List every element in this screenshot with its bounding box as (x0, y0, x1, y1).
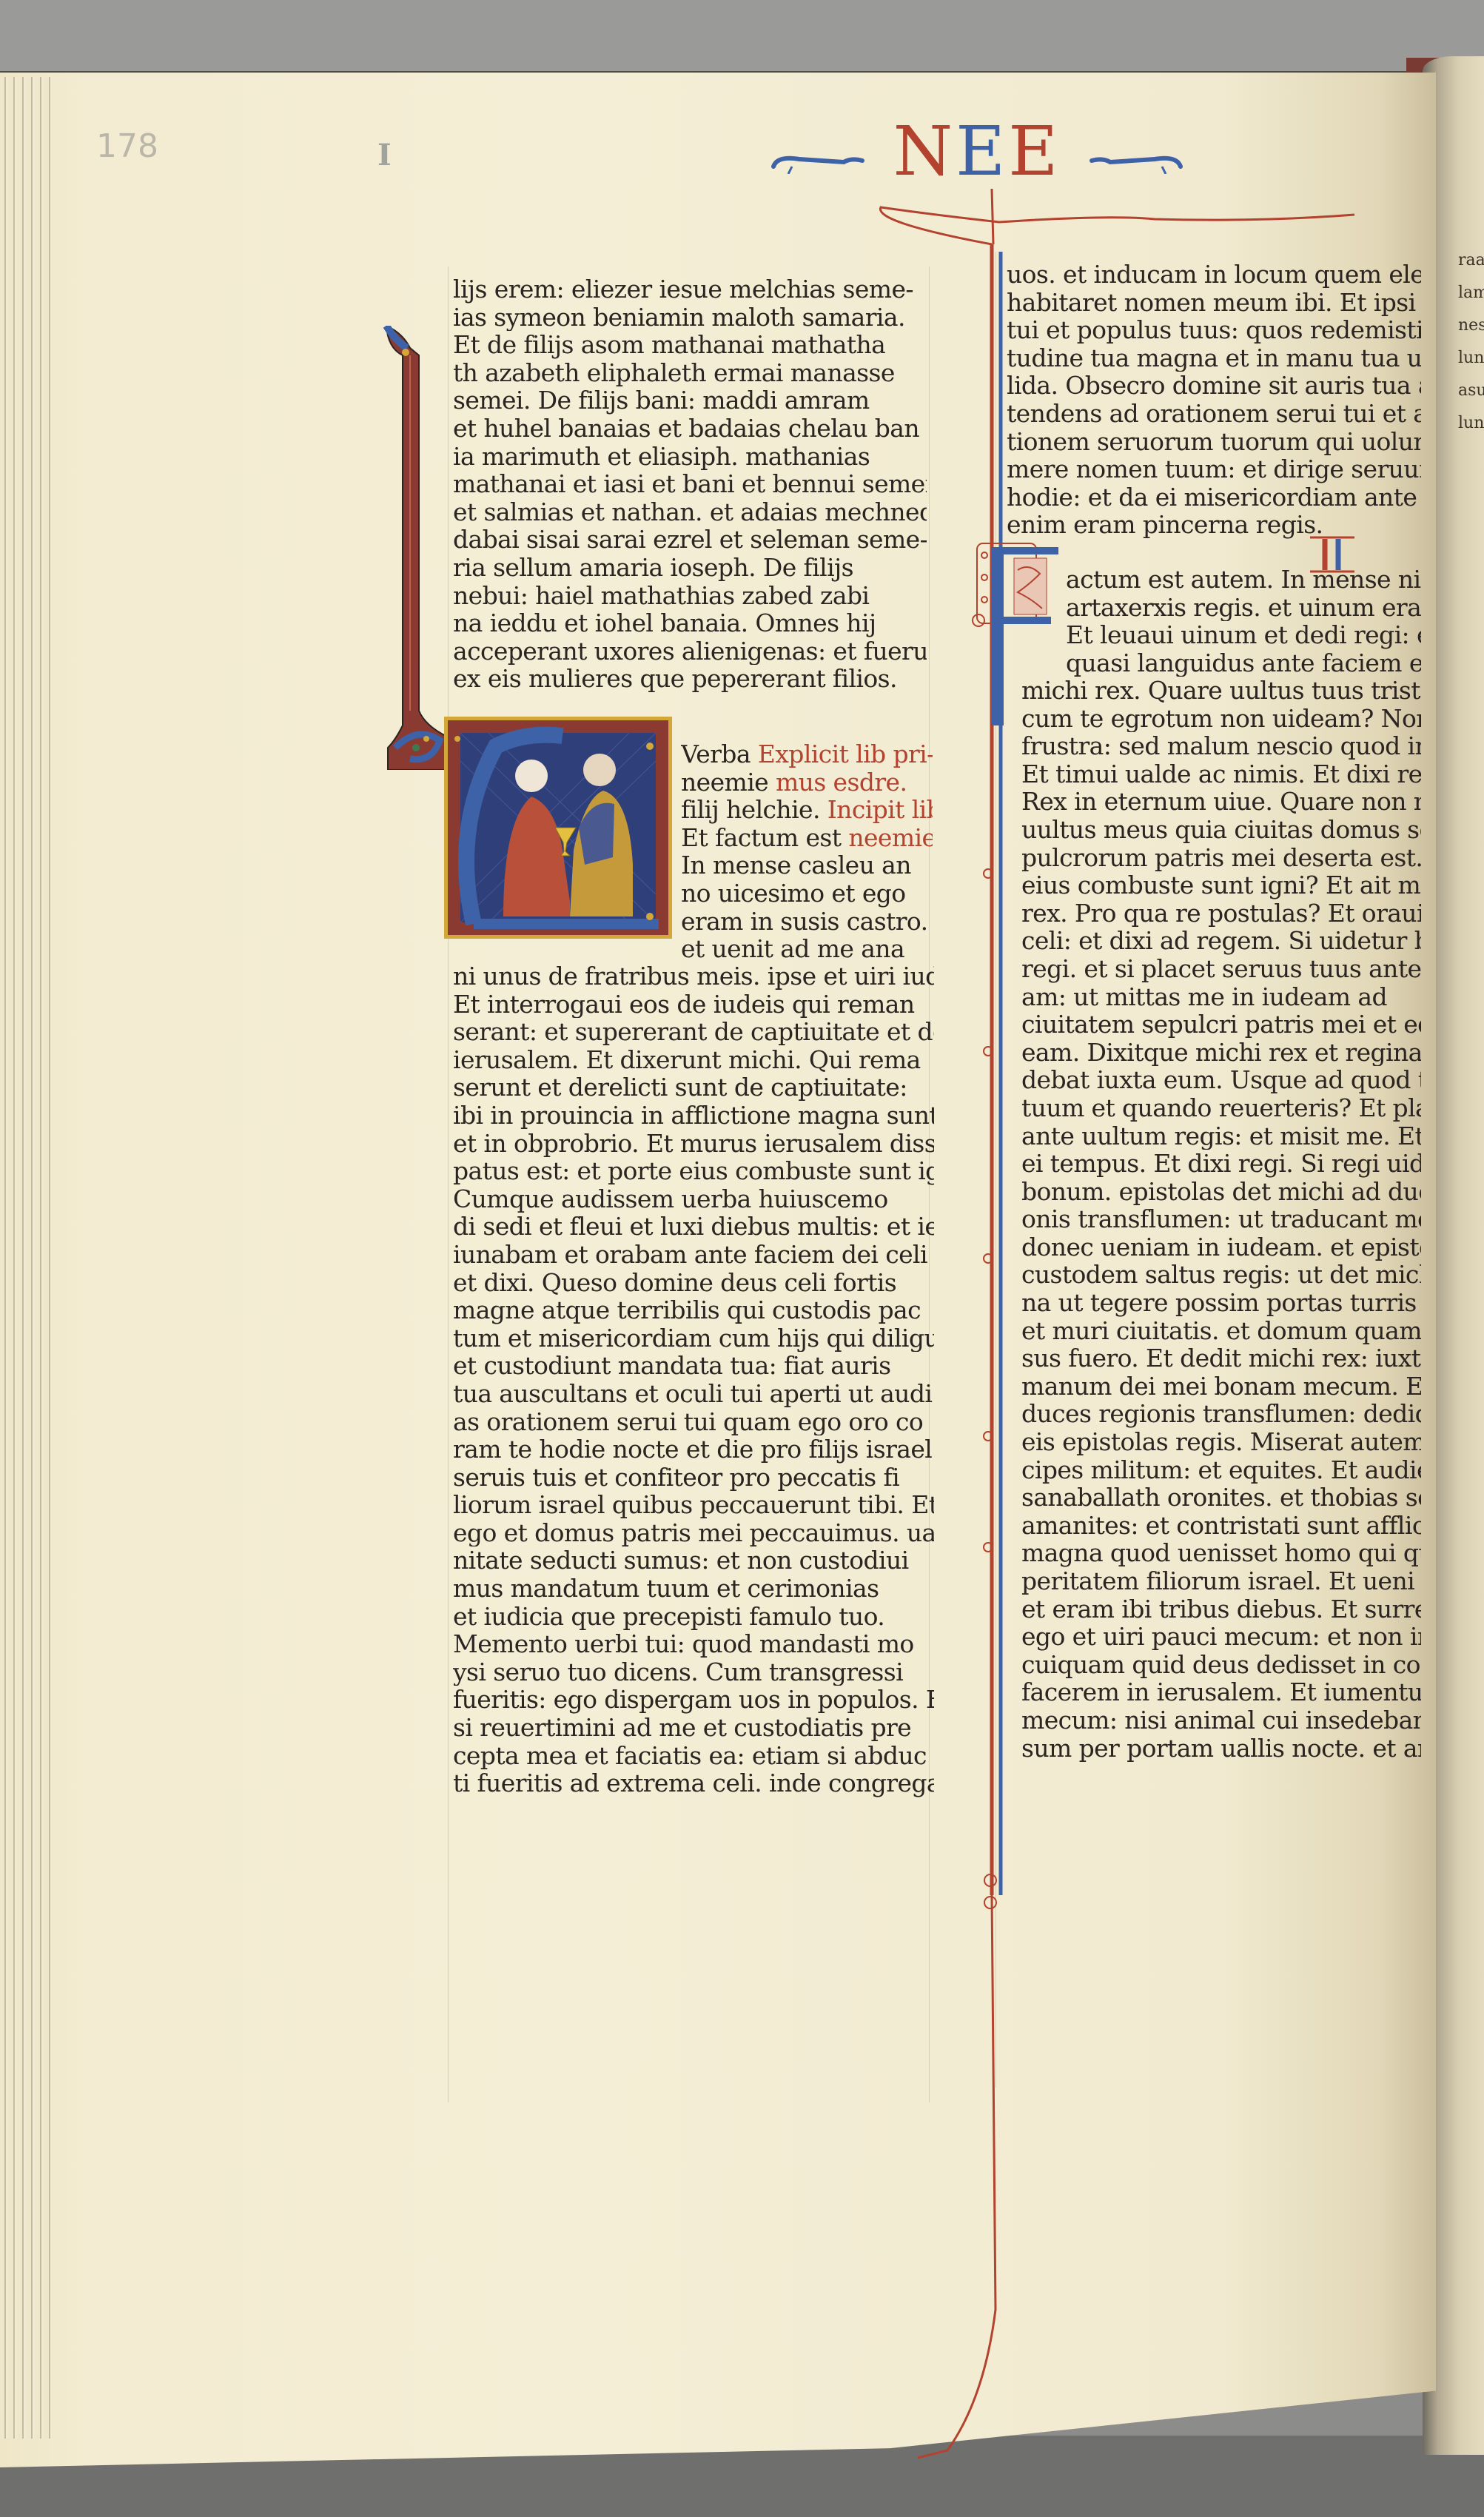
text-line: et in obprobrio. Et murus ierusalem diss… (453, 1130, 934, 1158)
text-line: uultus meus quia ciuitas domus se (1021, 816, 1421, 844)
text-line: Et factum est neemie. (681, 824, 933, 852)
text-line: cuiquam quid deus dedisset in corde meo … (1021, 1651, 1421, 1679)
rubric-text: neemie. (848, 824, 933, 852)
text-line-main: neemie (681, 768, 776, 797)
text-line: ia marimuth et eliasiph. mathanias (453, 443, 927, 471)
text-line: no uicesimo et ego (681, 879, 933, 908)
text-line: tuum et quando reuerteris? Et placuit (1021, 1094, 1421, 1122)
text-line: eam. Dixitque michi rex et regina: que s… (1021, 1039, 1421, 1067)
text-line: filij helchie. Incipit lib (681, 796, 933, 824)
text-line: regi. et si placet seruus tuus ante faci… (1021, 955, 1421, 983)
text-line: onis transflumen: ut traducant me (1021, 1205, 1421, 1233)
text-line: ria sellum amaria ioseph. De filijs (453, 554, 927, 582)
text-line: Cumque audissem uerba huiuscemo (453, 1185, 934, 1213)
text-line: as orationem serui tui quam ego oro co (453, 1408, 934, 1436)
text-line: sum per portam uallis nocte. et ante fon… (1021, 1735, 1421, 1763)
text-line: cepta mea et faciatis ea: etiam si abduc (453, 1742, 934, 1770)
text-line: frustra: sed malum nescio quod in corde … (1021, 732, 1421, 760)
text-line: duces regionis transflumen: dedique (1021, 1400, 1421, 1428)
text-line-main: eram in susis castro. (681, 908, 927, 936)
text-line-main: Et factum est (681, 824, 848, 852)
text-line: tionem seruorum tuorum qui uolunt ti (1007, 428, 1421, 456)
text-line: iunabam et orabam ante faciem dei celi (453, 1241, 934, 1269)
text-line: ante uultum regis: et misit me. Et statu… (1021, 1122, 1421, 1150)
text-line: ex eis mulieres que pepererant filios. (453, 665, 927, 693)
text-line: bonum. epistolas det michi ad duces regi (1021, 1178, 1421, 1206)
text-line-main: Verba (681, 740, 758, 768)
text-line: magna quod uenisset homo qui quereret pr… (1021, 1539, 1421, 1567)
text-line: Et timui ualde ac nimis. Et dixi regi. (1021, 760, 1421, 788)
text-line: ias symeon beniamin maloth samaria. (453, 304, 927, 332)
text-line: et dixi. Queso domine deus celi fortis (453, 1269, 934, 1297)
text-line-main: filij helchie. (681, 796, 827, 824)
text-line: mere nomen tuum: et dirige seruum tuum (1007, 455, 1421, 483)
right-text-column: uos. et inducam in locum quem elegi utha… (1007, 261, 1421, 539)
text-line: enim eram pincerna regis. (1007, 511, 1421, 539)
chapter-2-text-column: actum est autem. In mense nisan annoarta… (1066, 566, 1421, 677)
text-line: artaxerxis regis. et uinum erat ante eum… (1066, 594, 1421, 622)
text-line: habitaret nomen meum ibi. Et ipsi serui (1007, 289, 1421, 317)
text-line: tua auscultans et oculi tui aperti ut au… (453, 1380, 934, 1408)
text-line: ciuitatem sepulcri patris mei et edifica… (1021, 1011, 1421, 1039)
text-line: dabai sisai sarai ezrel et seleman seme- (453, 526, 927, 554)
text-line: fueritis: ego dispergam uos in populos. … (453, 1686, 934, 1714)
text-line: Verba Explicit lib pri- (681, 740, 933, 768)
text-line: acceperant uxores alienigenas: et fuerun… (453, 637, 927, 666)
text-line: tum et misericordiam cum hijs qui diligu… (453, 1324, 934, 1353)
text-line: ego et domus patris mei peccauimus. ua (453, 1519, 934, 1547)
text-line: serunt et derelicti sunt de captiuitate: (453, 1073, 934, 1102)
text-line: eius combuste sunt igni? Et ait michi (1021, 871, 1421, 899)
text-line: lijs erem: eliezer iesue melchias seme- (453, 275, 927, 304)
text-line: na ieddu et iohel banaia. Omnes hij (453, 609, 927, 637)
text-line: ti fueritis ad extrema celi. inde congre… (453, 1769, 934, 1797)
text-line: ram te hodie nocte et die pro filijs isr… (453, 1435, 934, 1464)
text-line: neemie mus esdre. (681, 768, 933, 797)
text-line: Et interrogaui eos de iudeis qui reman (453, 991, 934, 1019)
text-line: Memento uerbi tui: quod mandasti mo (453, 1630, 934, 1658)
text-line: nitate seducti sumus: et non custodiui (453, 1546, 934, 1575)
text-line: mathanai et iasi et bani et bennui semei (453, 470, 927, 498)
text-line: nebui: haiel mathathias zabed zabi (453, 582, 927, 610)
text-line: et iudicia que precepisti famulo tuo. (453, 1603, 934, 1631)
text-line: mus mandatum tuum et cerimonias (453, 1575, 934, 1603)
text-line: michi rex. Quare uultus tuus tristis est (1021, 677, 1421, 705)
text-line: tendens ad orationem serui tui et ad ora (1007, 400, 1421, 428)
text-line: manum dei mei bonam mecum. Et ueni ad (1021, 1373, 1421, 1401)
text-line: si reuertimini ad me et custodiatis pre (453, 1714, 934, 1742)
text-line: hodie: et da ei misericordiam ante uirum… (1007, 483, 1421, 512)
text-line: sanaballath oronites. et thobias seruus (1021, 1484, 1421, 1512)
text-line: debat iuxta eum. Usque ad quod tempus er… (1021, 1066, 1421, 1094)
text-line: Et leuaui uinum et dedi regi: et eram (1066, 621, 1421, 649)
left-text-beside-miniature: Verba Explicit lib pri-neemie mus esdre.… (681, 740, 933, 963)
text-line: custodem saltus regis: ut det michi lig (1021, 1261, 1421, 1289)
text-line: ni unus de fratribus meis. ipse et uiri … (453, 962, 934, 991)
text-line: di sedi et fleui et luxi diebus multis: … (453, 1213, 934, 1241)
text-line: actum est autem. In mense nisan anno (1066, 566, 1421, 594)
miniature-illustration (444, 717, 672, 939)
left-text-after-miniature: ni unus de fratribus meis. ipse et uiri … (453, 962, 934, 1797)
text-line: semei. De filijs bani: maddi amram (453, 386, 927, 415)
text-line: cum te egrotum non uideam? Non est hoc (1021, 705, 1421, 733)
text-line: cipes militum: et equites. Et audierunt (1021, 1456, 1421, 1484)
text-line: donec ueniam in iudeam. et epistolam ad … (1021, 1233, 1421, 1261)
text-line: et uenit ad me ana (681, 935, 933, 963)
rubric-text: Incipit lib (827, 796, 933, 824)
rubric-text: mus esdre. (776, 768, 907, 797)
text-line: eis epistolas regis. Miserat autem rex m… (1021, 1428, 1421, 1456)
text-line: In mense casleu an (681, 851, 933, 879)
text-line: tudine tua magna et in manu tua ua (1007, 344, 1421, 372)
text-line-main: et uenit ad me ana (681, 935, 904, 963)
text-line: ierusalem. Et dixerunt michi. Qui rema (453, 1046, 934, 1074)
text-line: et huhel banaias et badaias chelau ban (453, 415, 927, 443)
text-line: ego et uiri pauci mecum: et non indicaui (1021, 1623, 1421, 1651)
text-line: celi: et dixi ad regem. Si uidetur bonum (1021, 927, 1421, 955)
text-line: et muri ciuitatis. et domum quam ingres (1021, 1317, 1421, 1345)
chapter-2-text-continued: michi rex. Quare uultus tuus tristis est… (1021, 677, 1421, 1762)
text-line: liorum israel quibus peccauerunt tibi. E… (453, 1491, 934, 1519)
text-line: th azabeth eliphaleth ermai manasse (453, 359, 927, 387)
text-line: facerem in ierusalem. Et iumentum non er… (1021, 1678, 1421, 1706)
rubric-text: Explicit lib pri- (758, 740, 933, 768)
text-line: Rex in eternum uiue. Quare non merore (1021, 788, 1421, 816)
text-line: rex. Pro qua re postulas? Et oraui deum (1021, 899, 1421, 928)
text-line: patus est: et porte eius combuste sunt i… (453, 1157, 934, 1185)
text-line: lida. Obsecro domine sit auris tua at (1007, 372, 1421, 400)
text-line: am: ut mittas me in iudeam ad (1021, 983, 1421, 1011)
text-line: eram in susis castro. (681, 908, 933, 936)
text-line: uos. et inducam in locum quem elegi ut (1007, 261, 1421, 289)
text-line: sus fuero. Et dedit michi rex: iuxta (1021, 1344, 1421, 1373)
text-line: peritatem filiorum israel. Et ueni ierus… (1021, 1567, 1421, 1595)
text-line: magne atque terribilis qui custodis pac (453, 1296, 934, 1324)
text-line: amanites: et contristati sunt affliction… (1021, 1512, 1421, 1540)
text-line: et salmias et nathan. et adaias mechnede… (453, 498, 927, 526)
text-line: tui et populus tuus: quos redemisti in f… (1007, 316, 1421, 344)
text-line: pulcrorum patris mei deserta est. et por… (1021, 844, 1421, 872)
text-line: ibi in prouincia in afflictione magna su… (453, 1102, 934, 1130)
text-line: serant: et supererant de captiuitate et … (453, 1018, 934, 1046)
text-line: na ut tegere possim portas turris domus (1021, 1289, 1421, 1317)
text-line: et eram ibi tribus diebus. Et surrexi no… (1021, 1595, 1421, 1623)
text-line: ei tempus. Et dixi regi. Si regi uidetur (1021, 1150, 1421, 1178)
initial-l-icon (380, 326, 451, 770)
text-line-main: no uicesimo et ego (681, 879, 906, 908)
text-line: quasi languidus ante faciem eius. Dixitq… (1066, 649, 1421, 677)
text-line: mecum: nisi animal cui insedebam. Et egr… (1021, 1706, 1421, 1735)
text-line: seruis tuis et confiteor pro peccatis fi (453, 1464, 934, 1492)
left-text-column: lijs erem: eliezer iesue melchias seme-i… (453, 275, 927, 693)
text-line-main: In mense casleu an (681, 851, 911, 879)
text-line: ysi seruo tuo dicens. Cum transgressi (453, 1658, 934, 1686)
text-line: Et de filijs asom mathanai mathatha (453, 331, 927, 359)
text-line: et custodiunt mandata tua: fiat auris (453, 1352, 934, 1380)
